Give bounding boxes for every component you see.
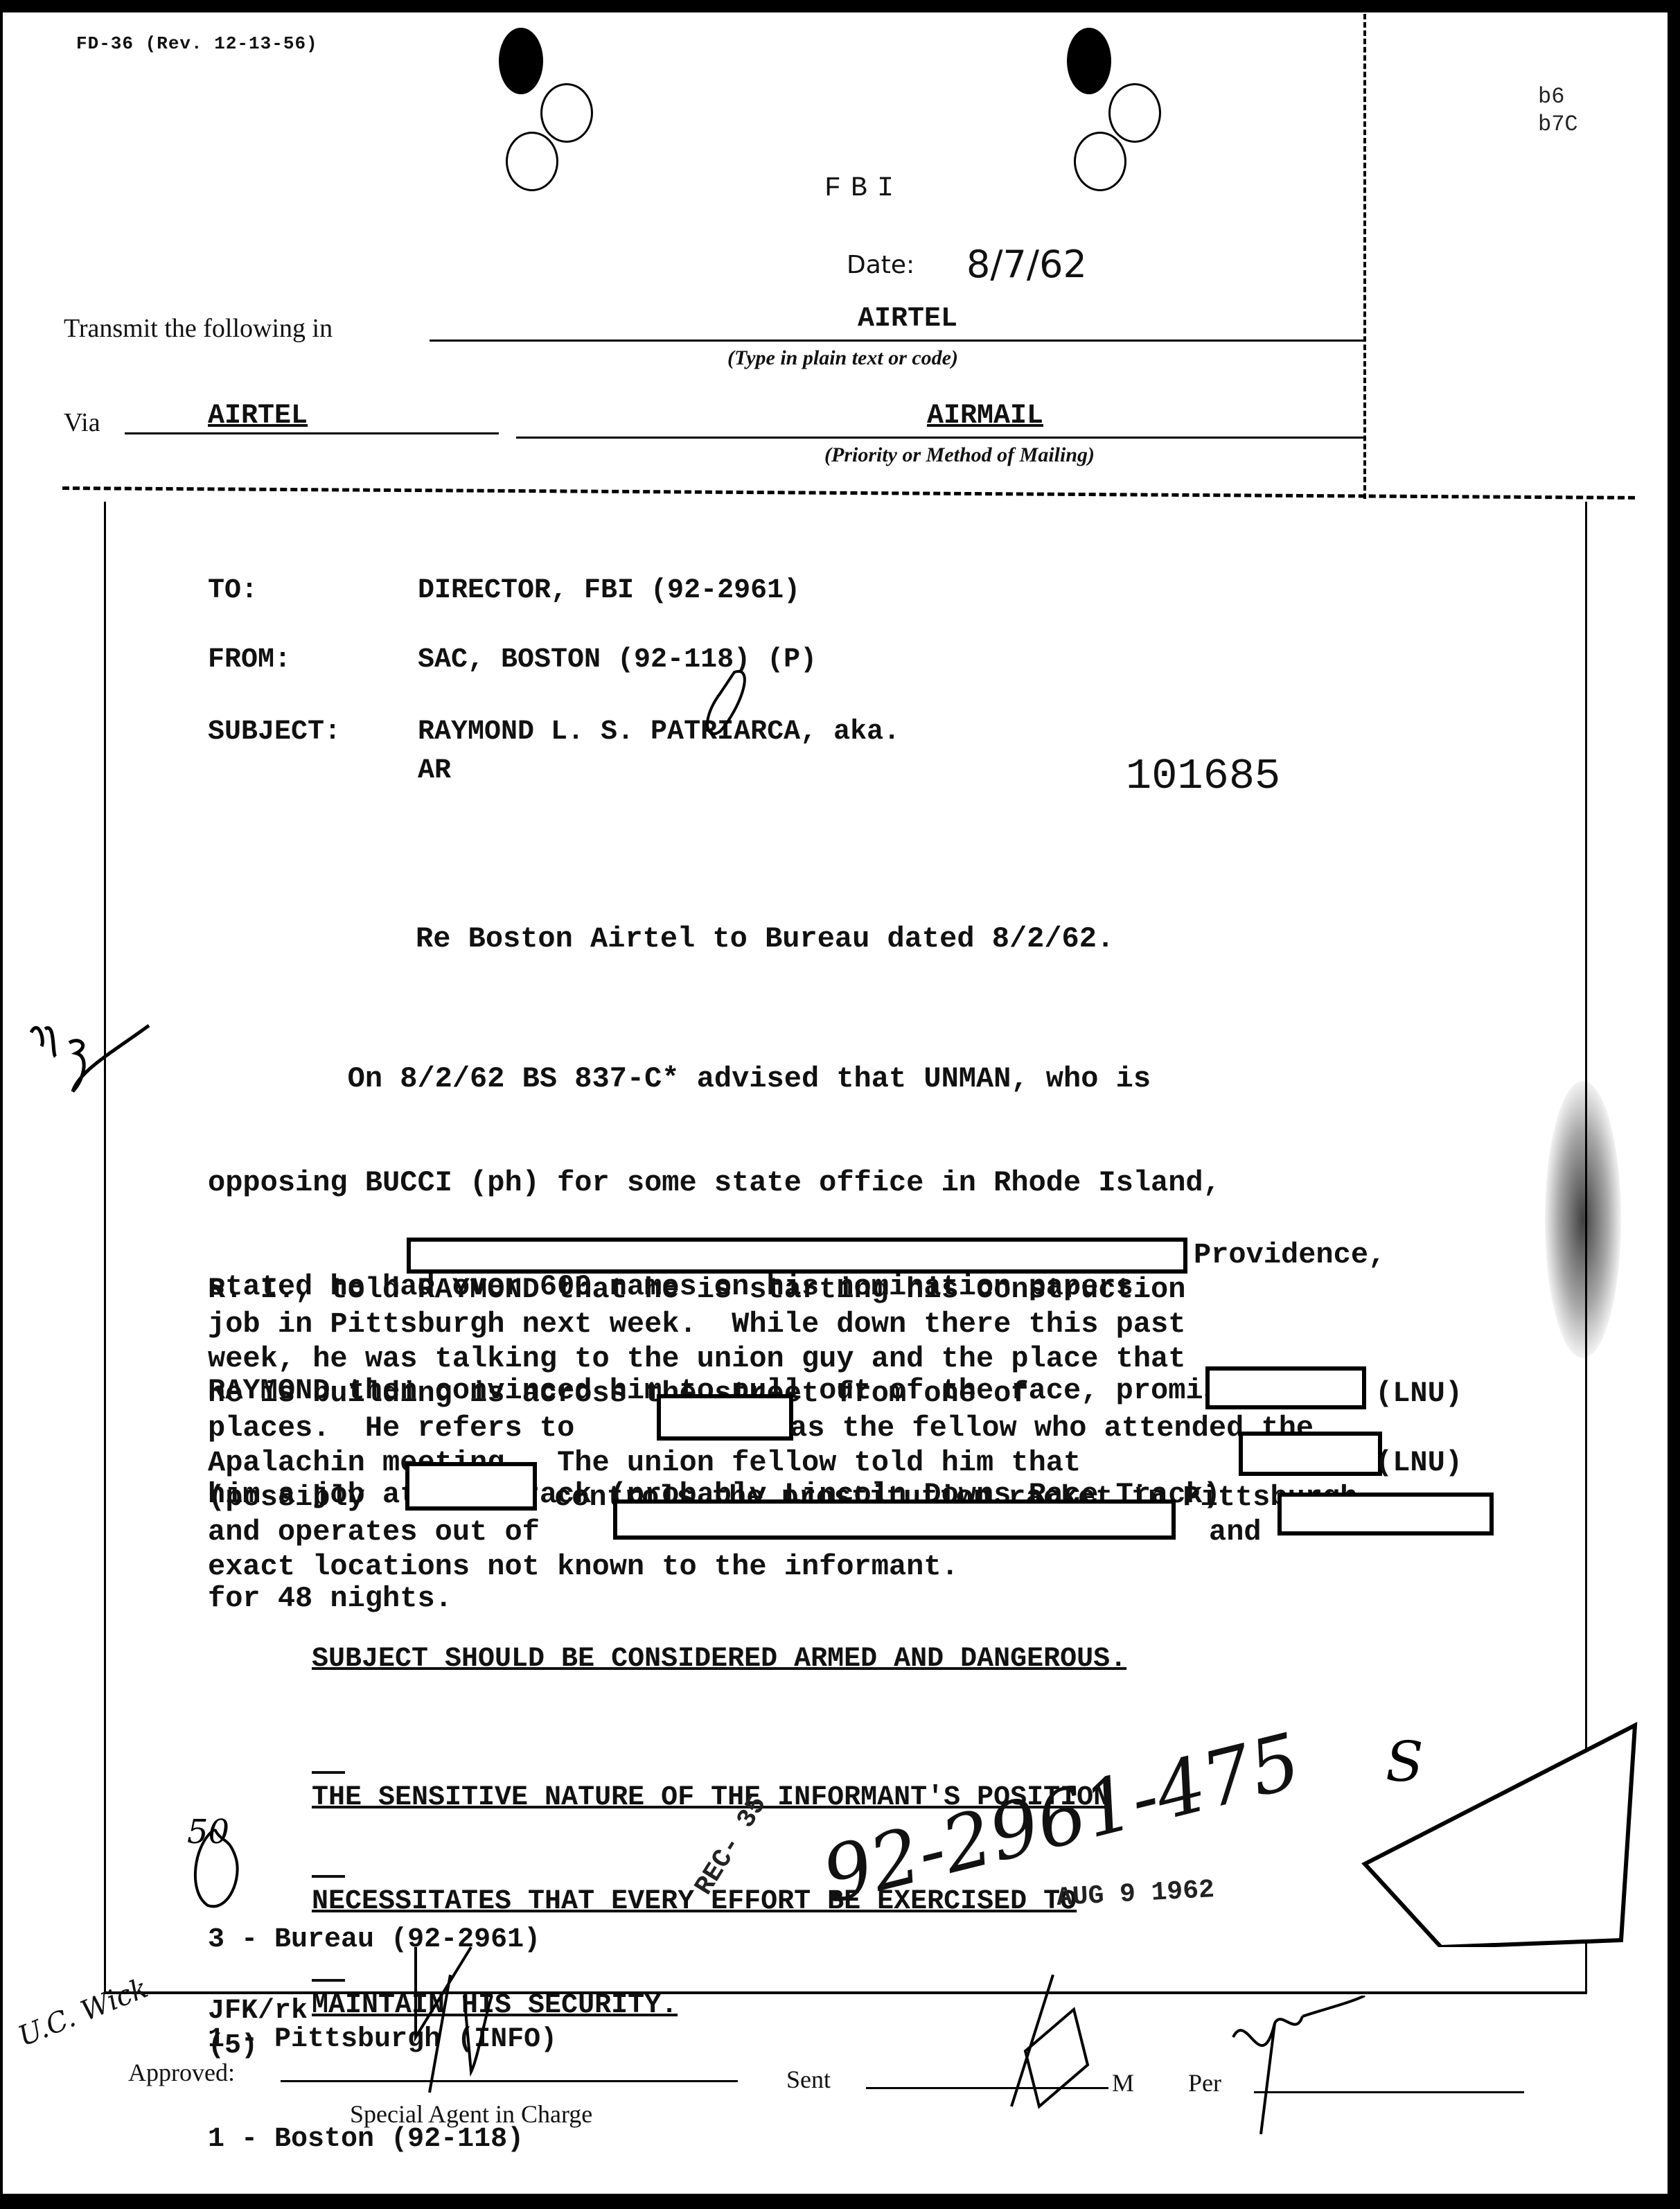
paragraph-2-line-6: places. He refers to [208,1411,574,1445]
date-value: 8/7/62 [966,243,1087,286]
exemption-code: b7C [1538,111,1578,139]
serial-number: 101685 [1126,752,1280,801]
redaction-box [613,1499,1176,1540]
redaction-box [657,1394,793,1441]
right-panel-divider [1363,14,1366,499]
handwritten-circle-icon: 50 [180,1815,263,1919]
handwritten-initials: U.C. Wick [14,1972,152,2053]
scan-border-left [0,0,3,2209]
paragraph-2-line-9: and operates out of [208,1515,540,1549]
punch-hole-icon [1067,28,1111,94]
header-separator [62,486,1635,500]
per-label: Per [1188,2068,1221,2097]
reference-line: Re Boston Airtel to Bureau dated 8/2/62. [416,922,1114,956]
paragraph-2-line-8: (possibly [208,1480,365,1515]
paragraph-line: opposing BUCCI (ph) for some state offic… [208,1165,1273,1200]
priority-underline [516,437,1365,439]
stamp-scribble-icon [970,1968,1122,2120]
paragraph-2-line-4: week, he was talking to the union guy an… [208,1341,1185,1376]
redaction-box [1205,1366,1366,1409]
subject-label: SUBJECT: [208,716,341,748]
agency-title: FBI [824,173,903,204]
scan-border-top [0,0,1680,12]
punch-ring-icon [1108,83,1161,143]
folded-corner-icon: S [1358,1718,1663,1947]
signature-scribble-icon [388,1933,568,2113]
paragraph-2-line-2: R. I., told RAYMOND that he is starting … [208,1272,1185,1307]
typist-initials: JFK/rk [208,1996,308,2027]
punch-hole-icon [499,28,543,94]
scan-smudge [1545,1081,1621,1358]
per-signature-scribble-icon [1219,1996,1372,2148]
paragraph-2-line-7: Apalachin meeting. The union fellow told… [208,1445,1081,1480]
handwritten-mark-icon [693,665,769,741]
redaction-box [405,1462,537,1511]
punch-ring-icon [506,132,558,191]
form-id: FD-36 (Rev. 12-13-56) [76,33,318,54]
to-value: DIRECTOR, FBI (92-2961) [418,575,800,606]
copies-count: (5) [208,2030,258,2061]
paragraph-line: On 8/2/62 BS 837-C* advised that UNMAN, … [208,1062,1273,1096]
paragraph-2-line-5: he is building is across the street from… [208,1376,1029,1411]
paragraph-2-line-6-tail: as the fellow who attended the [790,1411,1314,1445]
scan-border-right [1668,0,1680,2209]
transmit-label: Transmit the following in [64,313,333,344]
paragraph-line: for 48 nights. [208,1581,1273,1616]
paragraph-2-line-3: job in Pittsburgh next week. While down … [208,1307,1185,1341]
svg-text:50: 50 [187,1815,229,1851]
priority-hint: (Priority or Method of Mailing) [824,443,1095,467]
margin-initials-icon [14,1005,152,1109]
punch-ring-icon [1074,132,1126,191]
paragraph-2-line-10: exact locations not known to the informa… [208,1549,959,1584]
priority-value: AIRMAIL [927,401,1043,432]
paragraph-2-line-5-tail: (LNU) [1375,1376,1462,1411]
subject-value: RAYMOND L. S. PATRIARCA, aka. [418,716,900,748]
transmit-hint: (Type in plain text or code) [727,346,958,370]
redaction-box [1239,1432,1382,1476]
to-label: TO: [208,575,258,606]
armed-dangerous-warning: SUBJECT SHOULD BE CONSIDERED ARMED AND D… [312,1642,1126,1677]
paragraph-2-line-1: Providence, [1194,1238,1386,1272]
punch-ring-icon [540,83,593,143]
sent-label: Sent [786,2065,831,2094]
transmit-underline [430,340,1365,342]
via-underline [125,432,499,434]
date-label: Date: [847,251,914,279]
paragraph-2-line-7-tail: (LNU) [1375,1445,1462,1480]
subject-value-line2: AR [418,755,451,786]
scan-border-bottom [0,2194,1680,2209]
exemption-codes: b6 b7C [1538,83,1578,139]
via-label: Via [64,407,100,438]
redaction-box [407,1238,1187,1274]
approved-label: Approved: [128,2058,235,2087]
exemption-code: b6 [1538,83,1578,111]
from-label: FROM: [208,644,291,676]
transmit-value: AIRTEL [858,303,957,335]
svg-text:S: S [1386,1730,1424,1794]
paragraph-2-line-9-mid: and [1209,1515,1262,1549]
via-value: AIRTEL [208,401,308,432]
redaction-box [1277,1493,1494,1535]
